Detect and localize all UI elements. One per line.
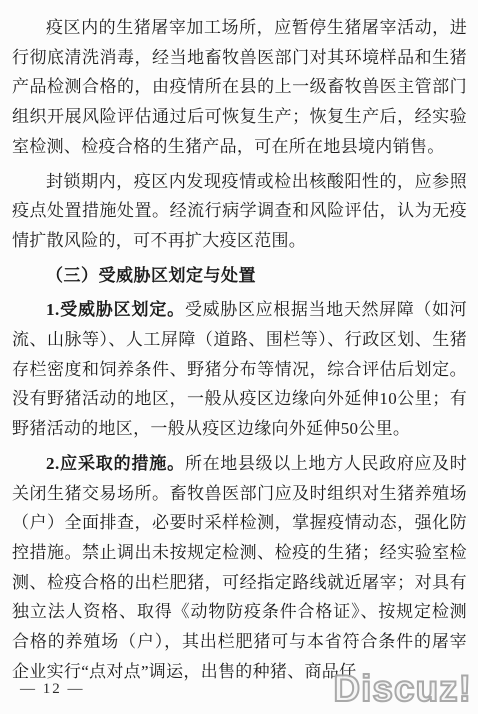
paragraph-measures: 2.应采取的措施。所在地县级以上地方人民政府应及时关闭生猪交易场所。畜牧兽医部门… (12, 449, 467, 687)
paragraph-zone-delimitation: 1.受威胁区划定。受威胁区应根据当地天然屏障（如河流、山脉等）、人工屏障（道路、… (12, 295, 467, 444)
paragraph-text: 所在地县级以上地方人民政府应及时关闭生猪交易场所。畜牧兽医部门应及时组织对生猪养… (12, 454, 467, 681)
section-heading-threatened-zone: （三）受威胁区划定与处置 (12, 261, 467, 291)
paragraph-slaughter-plants: 疫区内的生猪屠宰加工场所，应暂停生猪屠宰活动，进行彻底清洗消毒，经当地畜牧兽医部… (12, 13, 467, 162)
document-page: 疫区内的生猪屠宰加工场所，应暂停生猪屠宰活动，进行彻底清洗消毒，经当地畜牧兽医部… (0, 0, 478, 714)
paragraph-lockdown-period: 封锁期内，疫区内发现疫情或检出核酸阳性的，应参照疫点处置措施处置。经流行病学调查… (12, 167, 467, 256)
paragraph-text: 受威胁区应根据当地天然屏障（如河流、山脉等）、人工屏障（道路、围栏等）、行政区划… (12, 300, 467, 438)
item-number-lead-1: 1.受威胁区划定。 (46, 300, 185, 319)
discuz-watermark: Discuz! (333, 668, 472, 710)
item-number-lead-2: 2.应采取的措施。 (46, 454, 185, 473)
page-number: — 12 — (20, 681, 85, 698)
